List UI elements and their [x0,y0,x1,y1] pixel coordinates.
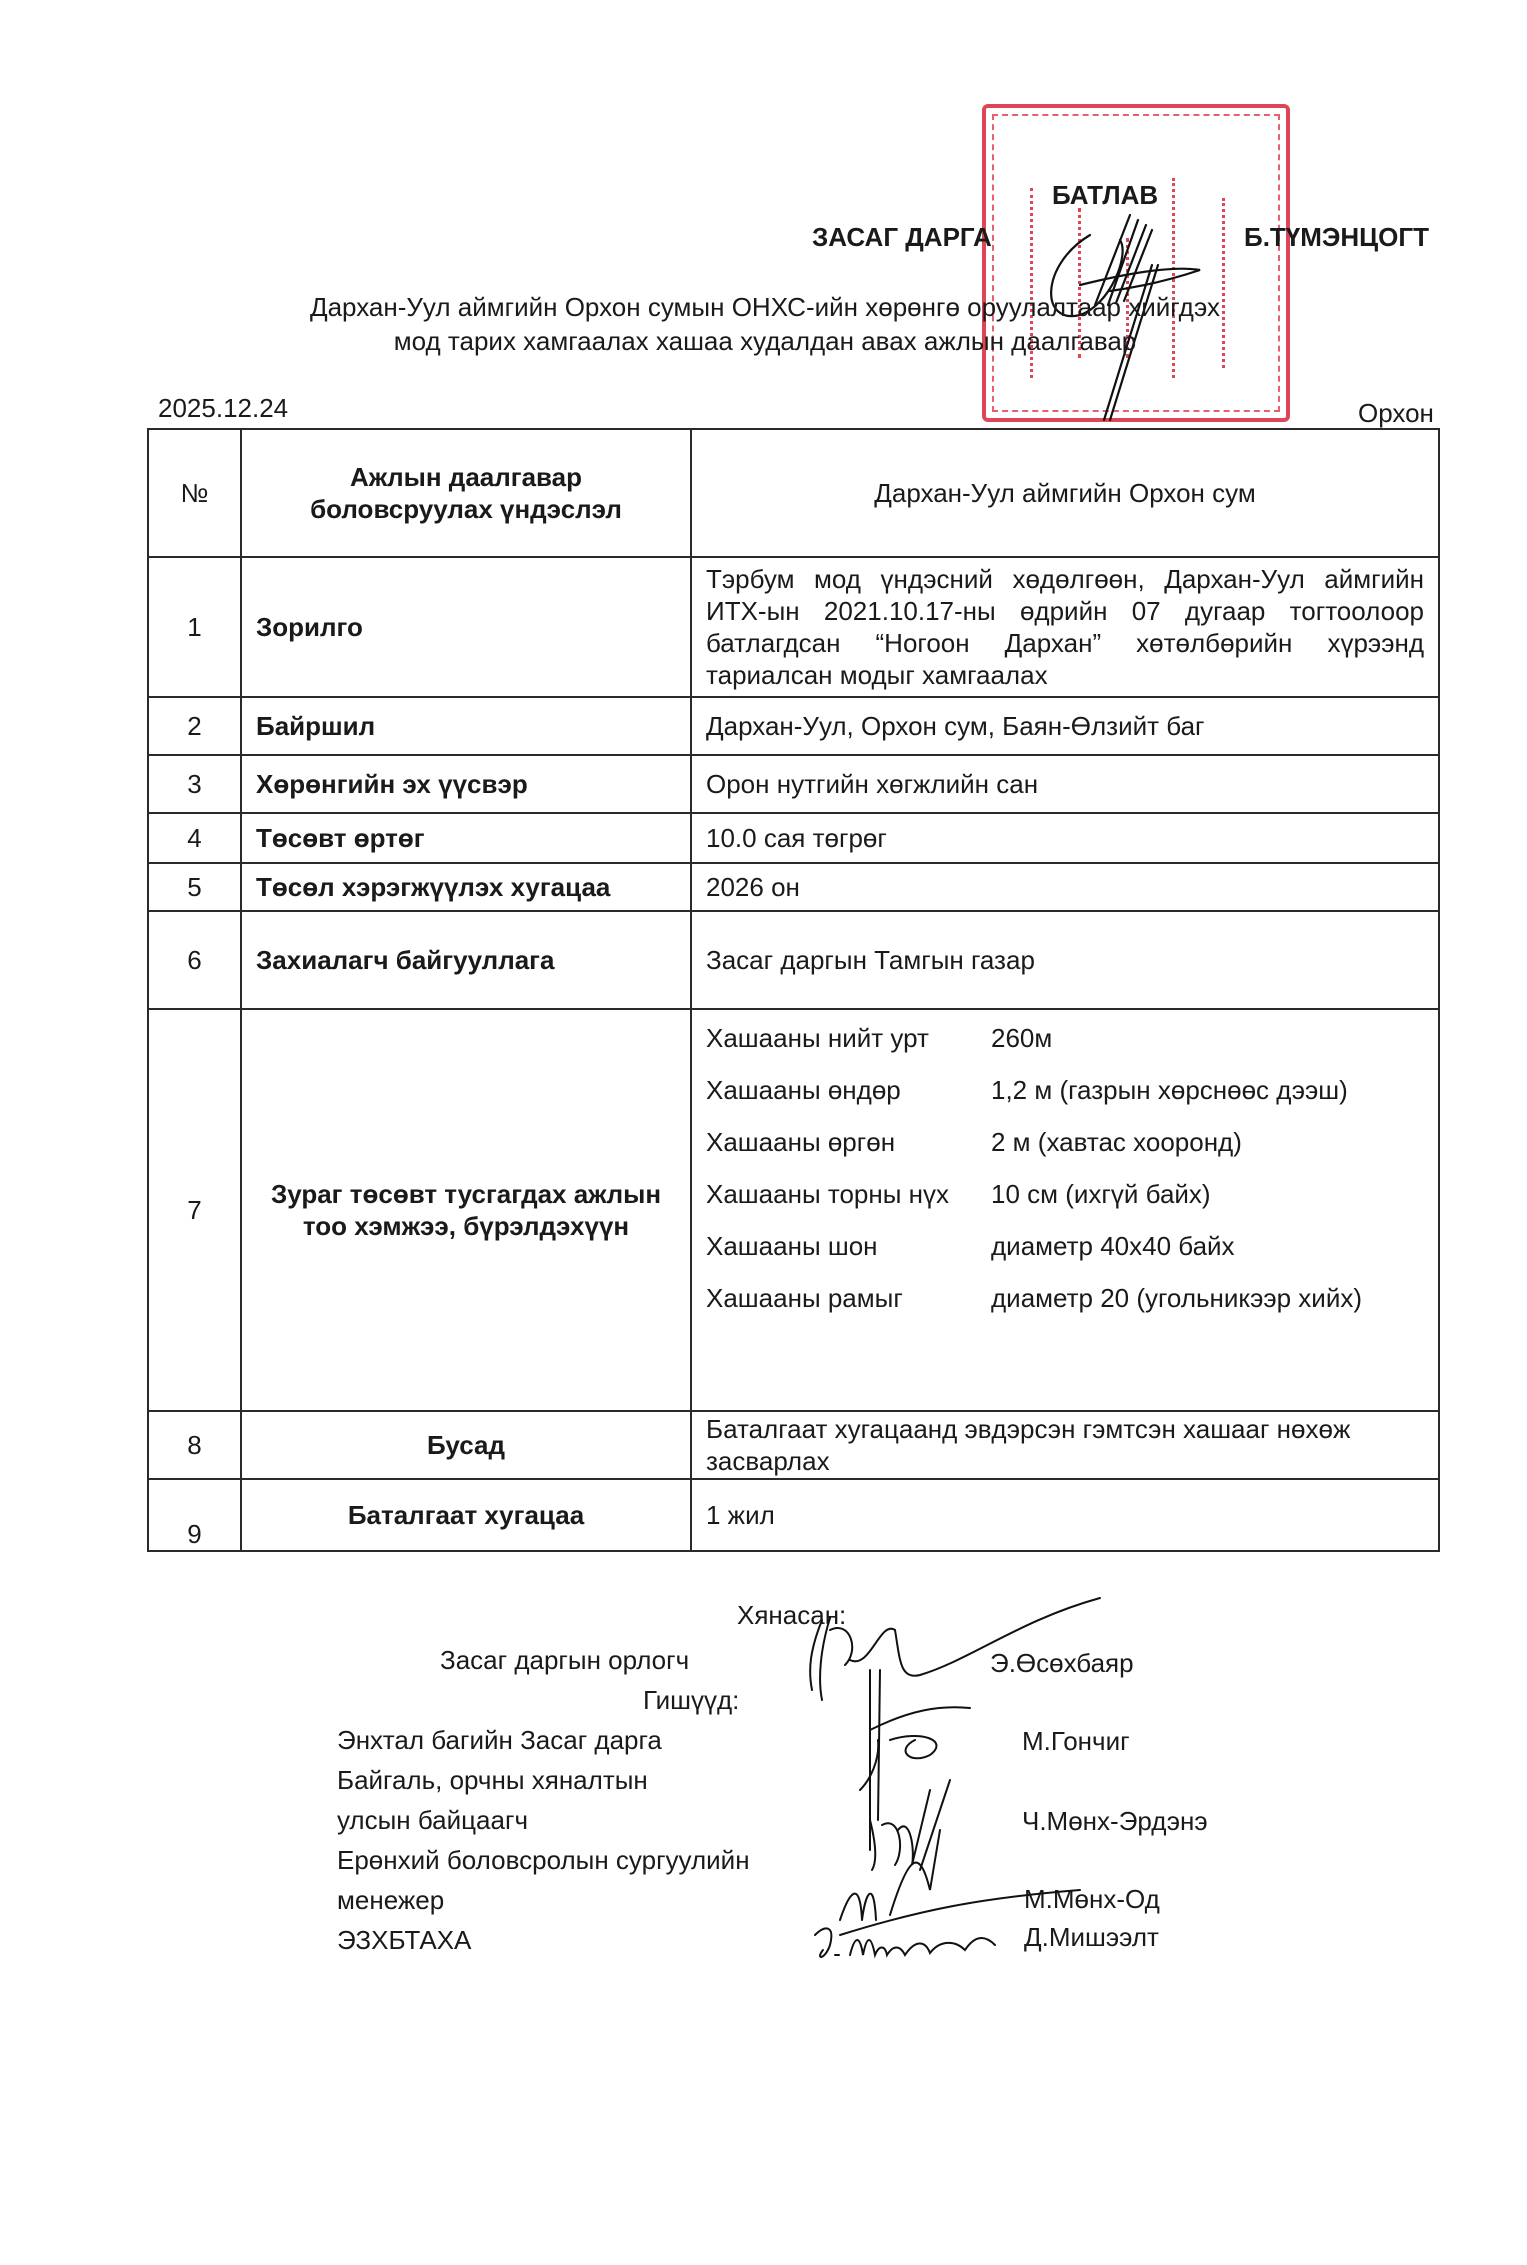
spec-key: Хашааны шон [706,1230,991,1262]
header-location: Дархан-Уул аймгийн Орхон сум [691,429,1439,557]
table-row: 3 Хөрөнгийн эх үүсвэр Орон нутгийн хөгжл… [148,755,1439,813]
row-label: Зураг төсөвт тусгагдах ажлын тоо хэмжээ,… [241,1009,691,1411]
document-title-line-2: мод тарих хамгаалах хашаа худалдан авах … [190,324,1340,358]
row-num: 9 [148,1479,241,1551]
governor-name: Б.ТҮМЭНЦОГТ [1244,222,1429,253]
spec-value: 260м [991,1022,1424,1054]
table-row: 9 Баталгаат хугацаа 1 жил [148,1479,1439,1551]
row-value: Тэрбум мод үндэсний хөдөлгөөн, Дархан-Уу… [691,557,1439,697]
spec-value: 2 м (хавтас хооронд) [991,1126,1424,1158]
row-value: 2026 он [691,863,1439,911]
table-row: 4 Төсөвт өртөг 10.0 сая төгрөг [148,813,1439,863]
row-label: Бусад [241,1411,691,1479]
chair-name: Э.Өсөхбаяр [990,1648,1134,1679]
row-num: 4 [148,813,241,863]
table-row: 8 Бусад Баталгаат хугацаанд эвдэрсэн гэм… [148,1411,1439,1479]
spec-list: Хашааны нийт урт260мХашааны өндөр1,2 м (… [706,1014,1424,1314]
member-role: Энхтал багийн Засаг дарга [337,1720,662,1760]
document-date: 2025.12.24 [158,393,288,424]
member-name: Д.Мишээлт [1024,1922,1159,1953]
spec-value: 10 см (ихгүй байх) [991,1178,1424,1210]
document-title: Дархан-Уул аймгийн Орхон сумын ОНХС-ийн … [190,290,1340,358]
member-name: М.Мөнх-Од [1024,1884,1160,1915]
spec-key: Хашааны нийт урт [706,1022,991,1054]
row-value: Баталгаат хугацаанд эвдэрсэн гэмтсэн хаш… [691,1411,1439,1479]
row-num: 3 [148,755,241,813]
document-place: Орхон [1358,398,1434,429]
row-value-specs: Хашааны нийт урт260мХашааны өндөр1,2 м (… [691,1009,1439,1411]
members-label: Гишүүд: [643,1680,739,1720]
spec-value: диаметр 20 (угольникээр хийх) [991,1282,1424,1314]
member-role: Ерөнхий боловсролын сургуулийн менежер [337,1840,750,1920]
row-label: Захиалагч байгууллага [241,911,691,1009]
member-role: Байгаль, орчны хяналтын улсын байцаагч [337,1760,648,1840]
member-name: М.Гончиг [1022,1726,1130,1757]
row-num: 8 [148,1411,241,1479]
table-row: 2 Байршил Дархан-Уул, Орхон сум, Баян-Өл… [148,697,1439,755]
header-basis: Ажлын даалгавар боловсруулах үндэслэл [241,429,691,557]
row-value: 1 жил [691,1479,1439,1551]
table-row: 6 Захиалагч байгууллага Засаг даргын Там… [148,911,1439,1009]
row-label: Төсөл хэрэгжүүлэх хугацаа [241,863,691,911]
row-num: 6 [148,911,241,1009]
spec-value: 1,2 м (газрын хөрснөөс дээш) [991,1074,1424,1106]
row-label: Зорилго [241,557,691,697]
row-value: 10.0 сая төгрөг [691,813,1439,863]
spec-key: Хашааны рамыг [706,1282,991,1314]
approve-label: БАТЛАВ [1052,180,1158,211]
row-value: Орон нутгийн хөгжлийн сан [691,755,1439,813]
row-num: 1 [148,557,241,697]
row-label: Баталгаат хугацаа [241,1479,691,1551]
table-row: 1 Зорилго Тэрбум мод үндэсний хөдөлгөөн,… [148,557,1439,697]
spec-value: диаметр 40x40 байх [991,1230,1424,1262]
member-role-line: улсын байцаагч [337,1800,648,1840]
row-value: Дархан-Уул, Орхон сум, Баян-Өлзийт баг [691,697,1439,755]
row-value: Засаг даргын Тамгын газар [691,911,1439,1009]
chair-role: Засаг даргын орлогч [440,1640,689,1680]
table-row: 7 Зураг төсөвт тусгагдах ажлын тоо хэмжэ… [148,1009,1439,1411]
row-num: 2 [148,697,241,755]
official-stamp [982,104,1290,422]
reviewed-label: Хянасан: [737,1600,846,1631]
row-num: 7 [148,1009,241,1411]
table-header-row: № Ажлын даалгавар боловсруулах үндэслэл … [148,429,1439,557]
member-role-line: Ерөнхий боловсролын сургуулийн [337,1840,750,1880]
spec-key: Хашааны өндөр [706,1074,991,1106]
member-4-signature-icon [805,1915,1005,1975]
spec-key: Хашааны торны нүх [706,1178,991,1210]
member-role: ЭЗХБТАХА [337,1920,471,1960]
spec-key: Хашааны өргөн [706,1126,991,1158]
governor-title: ЗАСАГ ДАРГА [812,222,992,253]
member-name: Ч.Мөнх-Эрдэнэ [1022,1806,1208,1837]
row-label: Байршил [241,697,691,755]
row-label: Хөрөнгийн эх үүсвэр [241,755,691,813]
table-row: 5 Төсөл хэрэгжүүлэх хугацаа 2026 он [148,863,1439,911]
member-role-line: менежер [337,1880,750,1920]
document-title-line-1: Дархан-Уул аймгийн Орхон сумын ОНХС-ийн … [190,290,1340,324]
row-label: Төсөвт өртөг [241,813,691,863]
task-table: № Ажлын даалгавар боловсруулах үндэслэл … [147,428,1440,1552]
row-num: 5 [148,863,241,911]
member-role-line: Байгаль, орчны хяналтын [337,1760,648,1800]
header-num: № [148,429,241,557]
